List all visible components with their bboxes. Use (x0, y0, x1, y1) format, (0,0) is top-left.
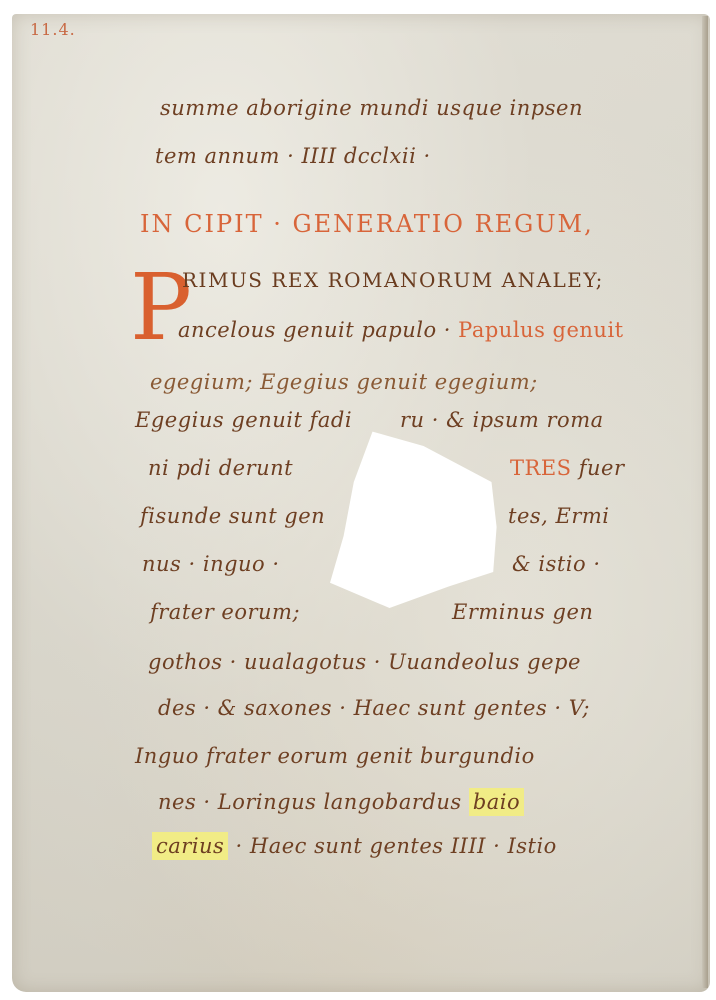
page-edge (702, 16, 708, 988)
text-line-9a: nus · inguo · (142, 552, 280, 576)
text-line-12: des · & saxones · Haec sunt gentes · V; (158, 696, 590, 720)
text-line-8a: fisunde sunt gen (140, 504, 325, 528)
text-line-15: carius · Haec sunt gentes IIII · Istio (152, 834, 557, 858)
text-line-5: egegium; Egegius genuit egegium; (150, 370, 538, 394)
text-line-8b: tes, Ermi (508, 504, 610, 528)
heading-rubric: IN CIPIT · GENERATIO REGUM, (140, 210, 594, 238)
text-line-7b: TRES fuer (510, 456, 625, 480)
text-segment: nes · Loringus langobardus (158, 790, 462, 814)
text-line-6b: ru · & ipsum roma (400, 408, 604, 432)
highlighted-word: baio (469, 788, 524, 816)
text-line-7a: ni pdi derunt (148, 456, 293, 480)
text-line-11: gothos · uualagotus · Uuandeolus gepe (148, 650, 581, 674)
text-line-10b: Erminus gen (452, 600, 593, 624)
text-line-14: nes · Loringus langobardus baio (158, 790, 524, 814)
text-line-9b: & istio · (512, 552, 601, 576)
text-line-13: Inguo frater eorum genit burgundio (135, 744, 535, 768)
text-line-2: tem annum · IIII dcclxii · (155, 144, 431, 168)
folio-number: 11.4. (30, 20, 76, 39)
rubric-segment: Papulus genuit (458, 318, 623, 342)
text-line-1: summe aborigine mundi usque inpsen (160, 96, 583, 120)
text-segment: · Haec sunt gentes IIII · Istio (236, 834, 557, 858)
text-line-10a: frater eorum; (150, 600, 300, 624)
rubric-segment: TRES (510, 456, 572, 480)
text-line-6a: Egegius genuit fadi (135, 408, 352, 432)
text-line-4: ancelous genuit papulo · Papulus genuit (178, 318, 624, 342)
text-line-3: RIMUS REX ROMANORUM ANALEY; (182, 268, 604, 292)
text-segment: ancelous genuit papulo · (178, 318, 451, 342)
highlighted-word: carius (152, 832, 228, 860)
text-segment: fuer (579, 456, 625, 480)
